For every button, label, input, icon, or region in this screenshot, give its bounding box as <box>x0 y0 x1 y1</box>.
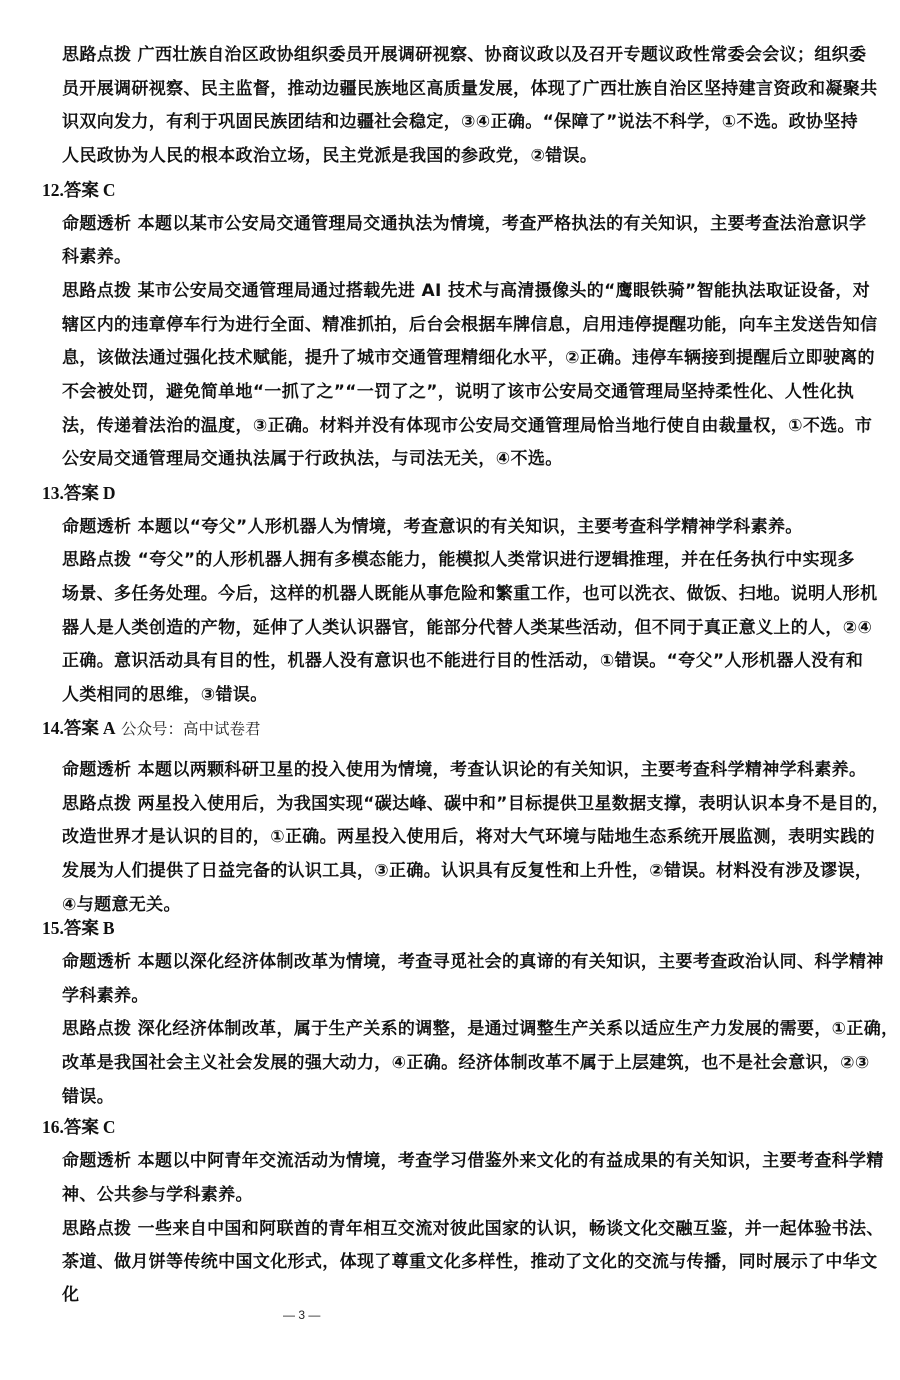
paragraph-line: 正确。意识活动具有目的性，机器人没有意识也不能进行目的性活动，①错误。“夸父”人… <box>62 650 863 672</box>
answer-label: 答案 <box>64 719 99 739</box>
paragraph-line: 不会被处罚，避免简单地“一抓了之”“一罚了之”，说明了该市公安局交通管理局坚持柔… <box>62 381 854 403</box>
paragraph-line: 发展为人们提供了日益完备的认识工具，③正确。认识具有反复性和上升性，②错误。材料… <box>62 860 872 882</box>
paragraph-line: 思路点拨 一些来自中国和阿联酋的青年相互交流对彼此国家的认识，畅谈文化交融互鉴，… <box>62 1218 884 1240</box>
answer-label: 答案 <box>64 1118 99 1138</box>
answer-heading: 16.答案C <box>42 1116 116 1138</box>
question-number: 12. <box>42 180 64 200</box>
paragraph-line: 思路点拨 某市公安局交通管理局通过搭载先进 AI 技术与高清摄像头的“鹰眼铁骑”… <box>62 280 870 302</box>
paragraph-line: 学科素养。 <box>62 985 149 1007</box>
paragraph-line: 思路点拨 广西壮族自治区政协组织委员开展调研视察、协商议政以及召开专题议政性常委… <box>62 44 866 66</box>
paragraph-line: 员开展调研视察、民主监督，推动边疆民族地区高质量发展，体现了广西壮族自治区坚持建… <box>62 78 877 100</box>
paragraph-line: 法，传递着法治的温度，③正确。材料并没有体现市公安局交通管理局恰当地行使自由裁量… <box>62 415 872 437</box>
paragraph-line: 人类相同的思维，③错误。 <box>62 684 268 706</box>
paragraph-line: 思路点拨 两星投入使用后，为我国实现“碳达峰、碳中和”目标提供卫星数据支撑，表明… <box>62 793 889 815</box>
answer-letter: A <box>103 718 115 738</box>
paragraph-line: ④与题意无关。 <box>62 894 181 916</box>
paragraph-line: 命题透析 本题以“夸父”人形机器人为情境，考查意识的有关知识，主要考查科学精神学… <box>62 516 803 538</box>
paragraph-line: 命题透析 本题以深化经济体制改革为情境，考查寻觅社会的真谛的有关知识，主要考查政… <box>62 951 884 973</box>
paragraph-line: 公安局交通管理局交通执法属于行政执法，与司法无关，④不选。 <box>62 448 563 470</box>
question-number: 13. <box>42 483 64 503</box>
answer-label: 答案 <box>64 919 99 939</box>
paragraph-line: 命题透析 本题以两颗科研卫星的投入使用为情境，考查认识论的有关知识，主要考查科学… <box>62 759 866 781</box>
paragraph-line: 场景、多任务处理。今后，这样的机器人既能从事危险和繁重工作，也可以洗衣、做饭、扫… <box>62 583 877 605</box>
question-number: 15. <box>42 918 64 938</box>
document-page: 思路点拨 广西壮族自治区政协组织委员开展调研视察、协商议政以及召开专题议政性常委… <box>0 0 900 1380</box>
paragraph-line: 命题透析 本题以中阿青年交流活动为情境，考查学习借鉴外来文化的有益成果的有关知识… <box>62 1150 884 1172</box>
answer-label: 答案 <box>64 484 99 504</box>
paragraph-line: 茶道、做月饼等传统中国文化形式，体现了尊重文化多样性，推动了文化的交流与传播，同… <box>62 1251 877 1273</box>
paragraph-line: 识双向发力，有利于巩固民族团结和边疆社会稳定，③④正确。“保障了”说法不科学，①… <box>62 111 858 133</box>
paragraph-line: 科素养。 <box>62 246 131 268</box>
paragraph-line: 化 <box>62 1284 79 1306</box>
question-number: 16. <box>42 1117 64 1137</box>
paragraph-line: 命题透析 本题以某市公安局交通管理局交通执法为情境，考查严格执法的有关知识，主要… <box>62 213 866 235</box>
answer-label: 答案 <box>64 181 99 201</box>
answer-letter: B <box>103 918 115 938</box>
paragraph-line: 辖区内的违章停车行为进行全面、精准抓拍，后台会根据车牌信息，启用违停提醒功能，向… <box>62 314 877 336</box>
answer-heading: 15.答案B <box>42 917 115 939</box>
paragraph-line: 错误。 <box>62 1086 114 1108</box>
page-number: — 3 — <box>283 1308 320 1322</box>
paragraph-line: 改革是我国社会主义社会发展的强大动力，④正确。经济体制改革不属于上层建筑，也不是… <box>62 1052 870 1074</box>
watermark-text: 公众号：高中试卷君 <box>121 720 261 738</box>
paragraph-line: 息，该做法通过强化技术赋能，提升了城市交通管理精细化水平，②正确。违停车辆接到提… <box>62 347 875 369</box>
question-number: 14. <box>42 718 64 738</box>
answer-letter: C <box>103 180 116 200</box>
paragraph-line: 思路点拨 深化经济体制改革，属于生产关系的调整，是通过调整生产关系以适应生产力发… <box>62 1018 898 1040</box>
paragraph-line: 人民政协为人民的根本政治立场，民主党派是我国的参政党，②错误。 <box>62 145 597 167</box>
paragraph-line: 器人是人类创造的产物，延伸了人类认识器官，能部分代替人类某些活动，但不同于真正意… <box>62 617 872 639</box>
paragraph-line: 神、公共参与学科素养。 <box>62 1184 253 1206</box>
answer-letter: D <box>103 483 116 503</box>
answer-heading: 13.答案D <box>42 482 116 504</box>
answer-heading: 14.答案A 公众号：高中试卷君 <box>42 717 260 739</box>
paragraph-line: 改造世界才是认识的目的，①正确。两星投入使用后，将对大气环境与陆地生态系统开展监… <box>62 826 875 848</box>
answer-heading: 12.答案C <box>42 179 116 201</box>
answer-letter: C <box>103 1117 116 1137</box>
paragraph-line: 思路点拨 “夸父”的人形机器人拥有多模态能力，能模拟人类常识进行逻辑推理，并在任… <box>62 549 855 571</box>
